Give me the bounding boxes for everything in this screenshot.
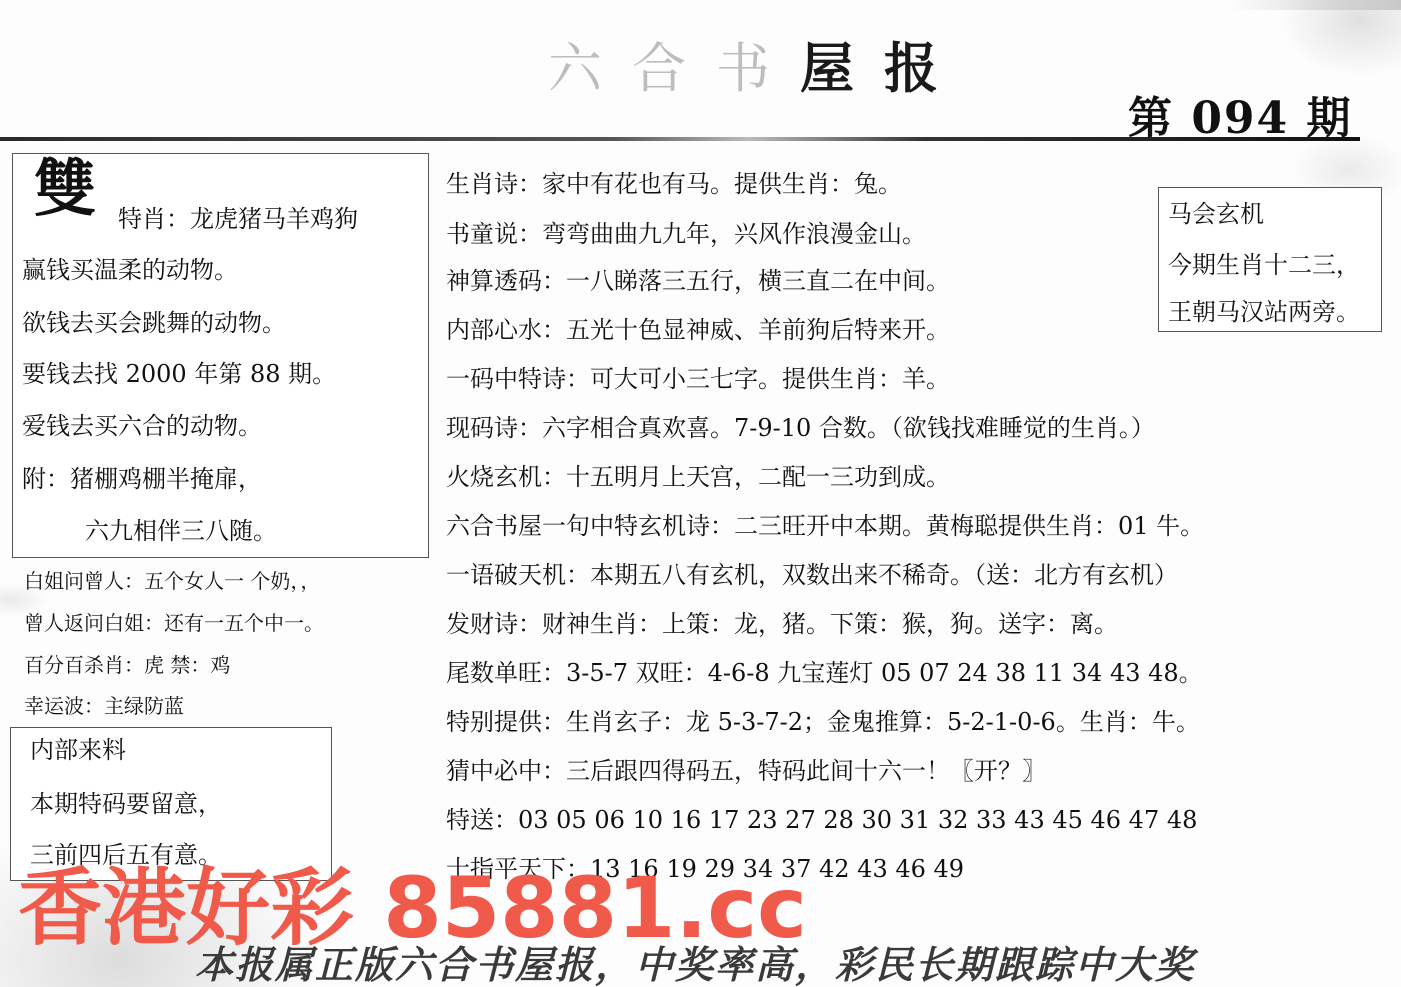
left-box-line: 六九相伴三八随。 [85, 519, 277, 543]
header-divider [0, 137, 1360, 141]
left-note: 白姐问曾人：五个女人一 个奶，， [24, 571, 320, 591]
main-line: 猜中必中：三后跟四得码五，特码此间十六一！〖开？〗 [446, 759, 1046, 783]
right-box-line: 王朝马汉站两旁。 [1168, 300, 1360, 324]
main-line: 一码中特诗：可大可小三七字。提供生肖：羊。 [446, 367, 950, 391]
left-note: 百分百杀肖：虎 禁：鸡 [24, 655, 230, 675]
masthead-title: 六合书屋报 [548, 26, 968, 103]
scan-edge [1230, 0, 1401, 10]
left-box-line: 特肖：龙虎猪马羊鸡狗 [118, 207, 358, 231]
twin-glyph: 雙 [34, 158, 96, 220]
main-line: 六合书屋一句中特玄机诗：二三旺开中本期。黄梅聪提供生肖：01 牛。 [446, 514, 1204, 538]
left-box-line: 欲钱去买会跳舞的动物。 [22, 311, 286, 335]
right-box-line: 今期生肖十二三， [1168, 253, 1360, 277]
inner-box-line: 本期特码要留意， [30, 792, 222, 816]
watermark: 香港好彩 85881.cc [18, 866, 807, 950]
main-line: 尾数单旺：3-5-7 双旺：4-6-8 九宝莲灯 05 07 24 38 11 … [446, 661, 1203, 685]
main-line: 神算透码：一八睇落三五行，横三直二在中间。 [446, 269, 950, 293]
left-box-line: 要钱去找 2000 年第 88 期。 [22, 362, 336, 386]
left-box-line: 爱钱去买六合的动物。 [22, 414, 262, 438]
main-line: 内部心水：五光十色显神威、羊前狗后特来开。 [446, 318, 950, 342]
right-box-title: 马会玄机 [1168, 202, 1264, 226]
main-line: 发财诗：财神生肖：上策：龙，猪。下策：猴，狗。送字：离。 [446, 612, 1118, 636]
inner-box-title: 内部来料 [30, 738, 126, 762]
main-line: 火烧玄机：十五明月上天宫，二配一三功到成。 [446, 465, 950, 489]
main-line: 一语破天机：本期五八有玄机，双数出来不稀奇。（送：北方有玄机） [446, 563, 1178, 587]
main-line: 书童说：弯弯曲曲九九年，兴风作浪漫金山。 [446, 222, 926, 246]
main-line: 现码诗：六字相合真欢喜。7-9-10 合数。（欲钱找难睡觉的生肖。） [446, 416, 1155, 440]
masthead-light: 六合书 [548, 37, 800, 100]
masthead-dark: 屋报 [800, 37, 968, 100]
left-box-line: 附：猪棚鸡棚半掩扉， [22, 467, 262, 491]
left-note: 曾人返问白姐：还有一五个中一。 [24, 613, 324, 633]
main-line: 特送：03 05 06 10 16 17 23 27 28 30 31 32 3… [446, 808, 1197, 832]
left-note: 幸运波：主绿防蓝 [24, 696, 184, 716]
main-line: 生肖诗：家中有花也有马。提供生肖：兔。 [446, 172, 902, 196]
left-box-line: 赢钱买温柔的动物。 [22, 258, 238, 282]
main-line: 特别提供：生肖玄子：龙 5-3-7-2；金鬼推算：5-2-1-0-6。生肖：牛。 [446, 710, 1200, 734]
